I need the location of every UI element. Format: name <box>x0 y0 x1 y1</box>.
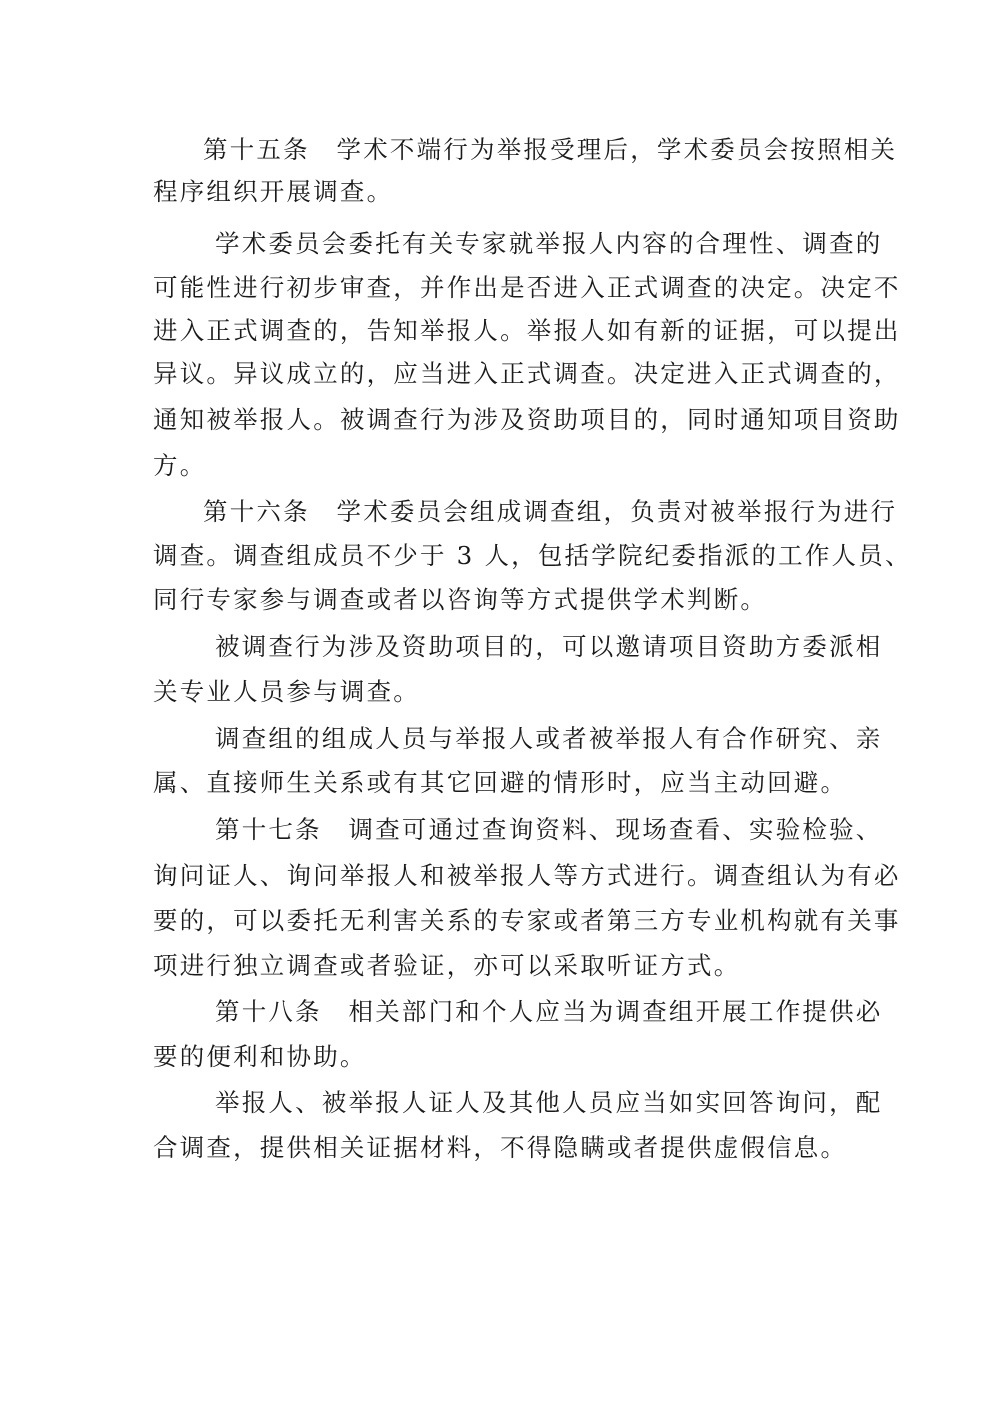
document-page: 第十五条 学术不端行为举报受理后，学术委员会按照相关 程序组织开展调查。 学术委… <box>0 0 1000 1414</box>
article-16-line-3: 同行专家参与调查或者以咨询等方式提供学术判断。 <box>153 585 853 615</box>
article-18-line-2: 要的便利和协助。 <box>153 1042 853 1072</box>
article-15-p2-line-5: 通知被举报人。被调查行为涉及资助项目的，同时通知项目资助 <box>153 405 853 435</box>
article-17-line-2: 询问证人、询问举报人和被举报人等方式进行。调查组认为有必 <box>153 861 853 891</box>
article-17-line-1: 第十七条 调查可通过查询资料、现场查看、实验检验、 <box>215 815 915 845</box>
article-16-line-1: 第十六条 学术委员会组成调查组，负责对被举报行为进行 <box>203 497 903 527</box>
article-18-line-1: 第十八条 相关部门和个人应当为调查组开展工作提供必 <box>215 997 915 1027</box>
article-15-p2-line-3: 进入正式调查的，告知举报人。举报人如有新的证据，可以提出 <box>153 316 853 346</box>
article-18-p2-line-1: 举报人、被举报人证人及其他人员应当如实回答询问，配 <box>215 1088 915 1118</box>
article-16-p3-line-1: 调查组的组成人员与举报人或者被举报人有合作研究、亲 <box>215 724 915 754</box>
article-15-line-1: 第十五条 学术不端行为举报受理后，学术委员会按照相关 <box>203 135 903 165</box>
article-15-p2-line-4: 异议。异议成立的，应当进入正式调查。决定进入正式调查的， <box>153 359 853 389</box>
article-17-line-4: 项进行独立调查或者验证，亦可以采取听证方式。 <box>153 951 853 981</box>
article-16-line-2: 调查。调查组成员不少于 3 人，包括学院纪委指派的工作人员、 <box>153 541 853 571</box>
article-18-p2-line-2: 合调查，提供相关证据材料，不得隐瞒或者提供虚假信息。 <box>153 1133 853 1163</box>
article-15-p2-line-1: 学术委员会委托有关专家就举报人内容的合理性、调查的 <box>215 229 915 259</box>
article-15-p2-line-6: 方。 <box>153 451 853 481</box>
article-15-p2-line-2: 可能性进行初步审查，并作出是否进入正式调查的决定。决定不 <box>153 273 853 303</box>
article-15-line-2: 程序组织开展调查。 <box>153 177 853 207</box>
article-16-p3-line-2: 属、直接师生关系或有其它回避的情形时，应当主动回避。 <box>153 768 853 798</box>
article-17-line-3: 要的，可以委托无利害关系的专家或者第三方专业机构就有关事 <box>153 906 853 936</box>
article-16-p2-line-2: 关专业人员参与调查。 <box>153 677 853 707</box>
article-16-p2-line-1: 被调查行为涉及资助项目的，可以邀请项目资助方委派相 <box>215 632 915 662</box>
